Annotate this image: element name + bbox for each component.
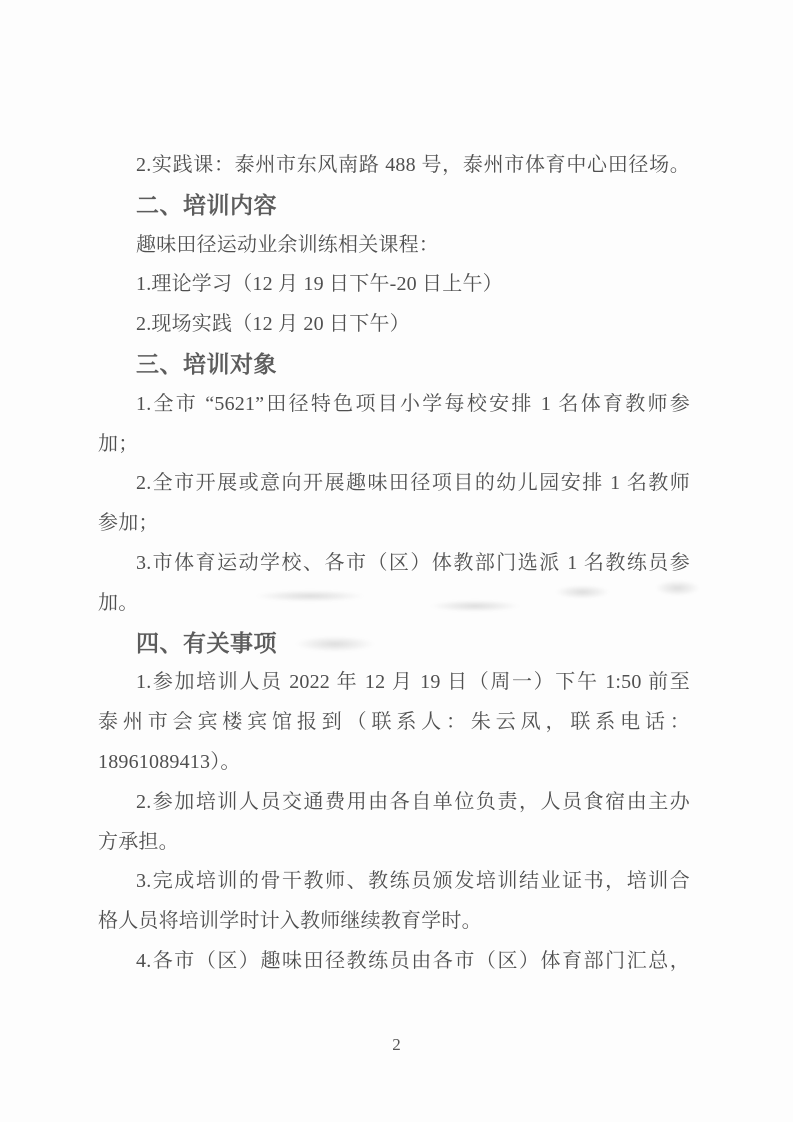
document-page: 2.实践课：泰州市东风南路 488 号，泰州市体育中心田径场。 二、培训内容 趣… [0,0,793,1122]
line-matter-1-part-2: 泰州市会宾楼宾馆报到（联系人：朱云凤，联系电话： [98,703,690,743]
line-matter-4-part-1: 4.各市（区）趣味田径教练员由各市（区）体育部门汇总， [98,942,690,982]
line-course-overview: 趣味田径运动业余训练相关课程： [98,226,690,266]
heading-section-3-training-targets: 三、培训对象 [98,345,690,385]
line-target-2-part-1: 2.全市开展或意向开展趣味田径项目的幼儿园安排 1 名教师 [98,464,690,504]
line-matter-3-part-2: 格人员将培训学时计入教师继续教育学时。 [98,902,690,942]
line-target-1-part-2: 加； [98,425,690,465]
line-practice-venue: 2.实践课：泰州市东风南路 488 号，泰州市体育中心田径场。 [98,146,690,186]
line-target-1-part-1: 1.全市 “5621”田径特色项目小学每校安排 1 名体育教师参 [98,385,690,425]
line-target-2-part-2: 参加； [98,504,690,544]
line-target-3-part-2: 加。 [98,584,690,624]
line-target-3-part-1: 3.市体育运动学校、各市（区）体教部门选派 1 名教练员参 [98,544,690,584]
line-matter-2-part-2: 方承担。 [98,823,690,863]
line-item-field-practice: 2.现场实践（12 月 20 日下午） [98,305,690,345]
heading-section-2-training-content: 二、培训内容 [98,186,690,226]
line-item-theory-study: 1.理论学习（12 月 19 日下午-20 日上午） [98,265,690,305]
line-matter-3-part-1: 3.完成培训的骨干教师、教练员颁发培训结业证书，培训合 [98,862,690,902]
heading-section-4-related-matters: 四、有关事项 [98,624,690,664]
line-matter-1-part-3: 18961089413）。 [98,743,690,783]
line-matter-2-part-1: 2.参加培训人员交通费用由各自单位负责，人员食宿由主办 [98,783,690,823]
line-matter-1-part-1: 1.参加培训人员 2022 年 12 月 19 日（周一）下午 1:50 前至 [98,663,690,703]
document-body: 2.实践课：泰州市东风南路 488 号，泰州市体育中心田径场。 二、培训内容 趣… [98,146,690,982]
page-number: 2 [0,1032,793,1058]
